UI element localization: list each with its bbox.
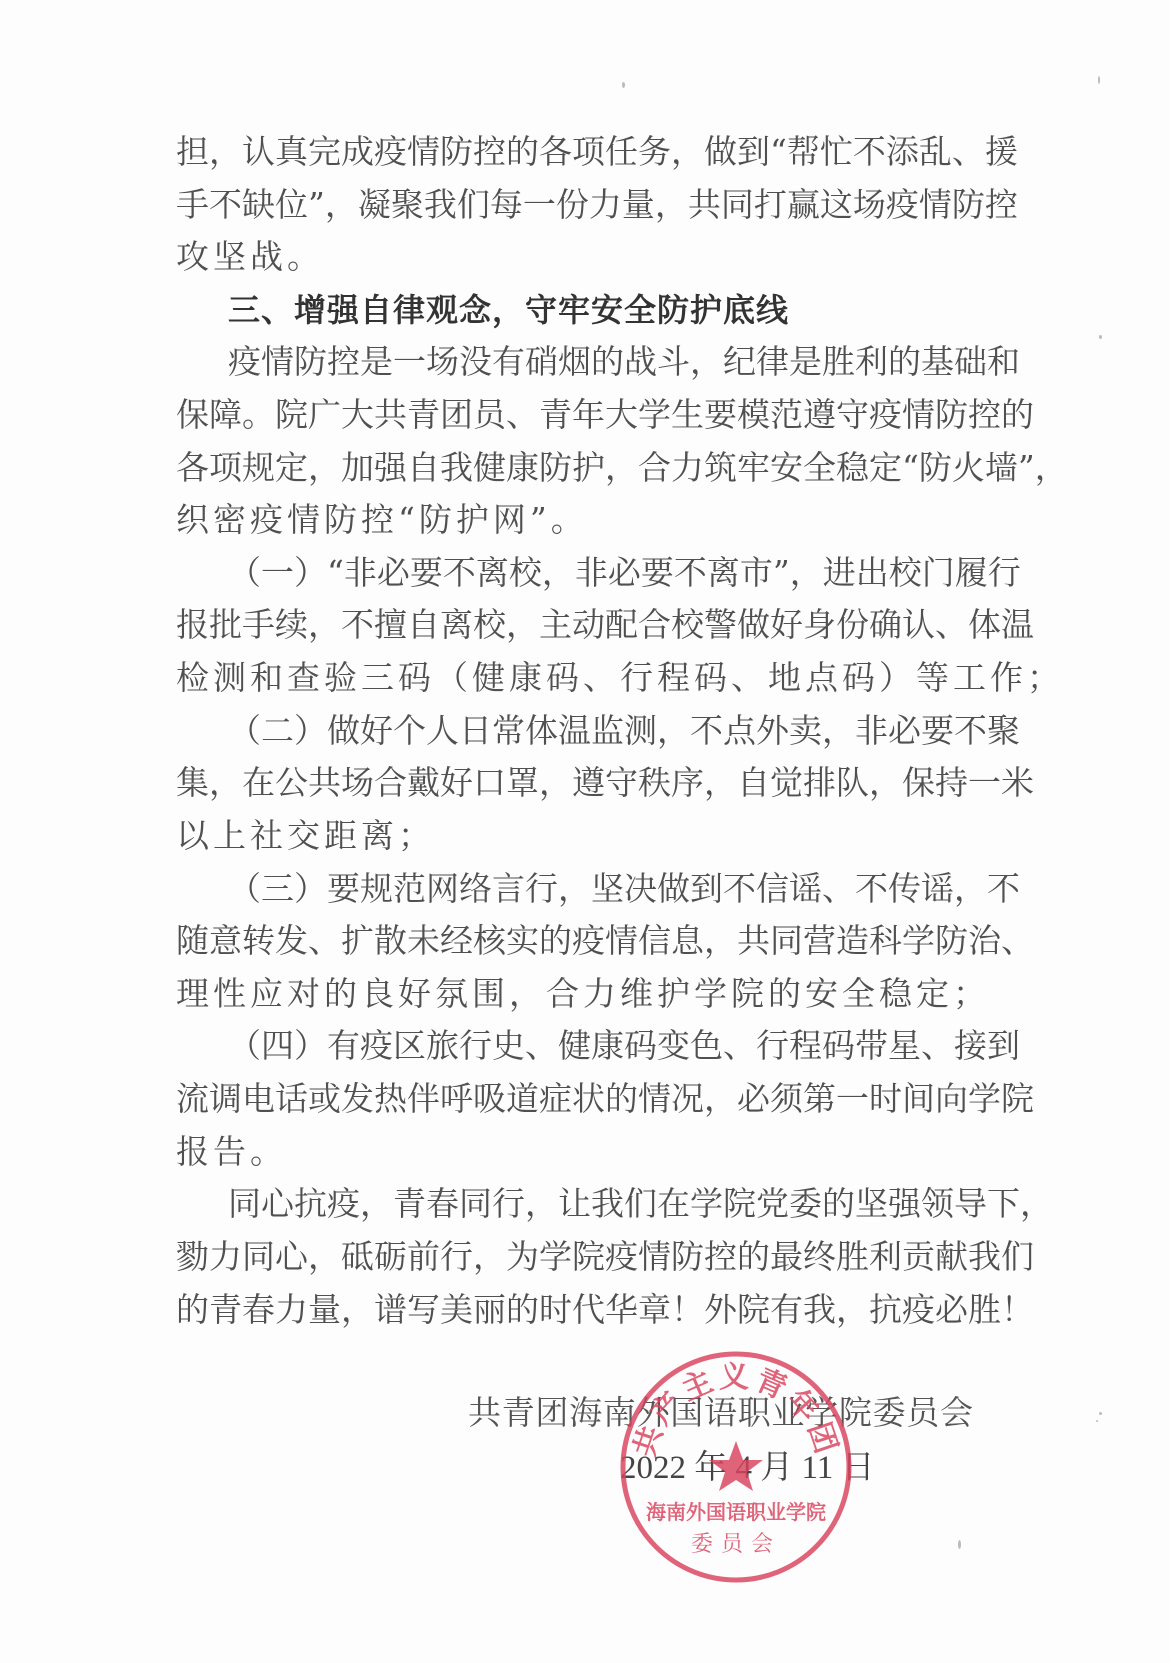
body-line: 各项规定，加强自我健康防护，合力筑牢安全稳定“防火墙”，: [176, 442, 1011, 494]
scan-speck: [1098, 76, 1100, 84]
star-icon: [709, 1441, 763, 1491]
body-line: 流调电话或发热伴呼吸道症状的情况，必须第一时间向学院: [176, 1073, 1011, 1125]
section-heading: 三、增强自律观念，守牢安全防护底线: [228, 284, 1011, 336]
scan-speck: [958, 1540, 961, 1549]
list-item-1: （一）“非必要不离校，非必要不离市”，进出校门履行: [228, 547, 1011, 599]
list-item-3: （三）要规范网络言行，坚决做到不信谣、不传谣，不: [228, 863, 1011, 915]
body-line: 检测和查验三码（健康码、行程码、地点码）等工作；: [176, 652, 1011, 704]
list-item-2: （二）做好个人日常体温监测，不点外卖，非必要不聚: [228, 705, 1011, 757]
body-line: 手不缺位”，凝聚我们每一份力量，共同打赢这场疫情防控: [176, 179, 1011, 231]
body-line: 保障。院广大共青团员、青年大学生要模范遵守疫情防控的: [176, 389, 1011, 441]
scan-speck: [1099, 335, 1102, 339]
official-seal-stamp: 共产主义青年团 海南外国语职业学院 委员会: [618, 1349, 854, 1585]
body-line: 集，在公共场合戴好口罩，遵守秩序，自觉排队，保持一米: [176, 757, 1011, 809]
scan-speck: [1096, 1420, 1098, 1422]
scan-speck: [1099, 1412, 1102, 1415]
body-line: 报批手续，不擅自离校，主动配合校警做好身份确认、体温: [176, 599, 1011, 651]
body-line: 织密疫情防控“防护网”。: [176, 494, 1011, 546]
body-line: 以上社交距离；: [176, 810, 1011, 862]
body-line: 勠力同心，砥砺前行，为学院疫情防控的最终胜利贡献我们: [176, 1231, 1011, 1283]
seal-inner-line1: 海南外国语职业学院: [646, 1500, 826, 1524]
seal-inner-line2: 委员会: [691, 1532, 781, 1557]
body-line: 的青春力量，谱写美丽的时代华章！外院有我，抗疫必胜！: [176, 1284, 1011, 1336]
body-line: 攻坚战。: [176, 231, 1011, 283]
body-line: 理性应对的良好氛围，合力维护学院的安全稳定；: [176, 968, 1011, 1020]
scan-speck: [622, 82, 625, 88]
body-line: 疫情防控是一场没有硝烟的战斗，纪律是胜利的基础和: [228, 336, 1011, 388]
list-item-4: （四）有疫区旅行史、健康码变色、行程码带星、接到: [228, 1020, 1011, 1072]
scanned-document-page: 担，认真完成疫情防控的各项任务，做到“帮忙不添乱、援 手不缺位”，凝聚我们每一份…: [0, 0, 1170, 1663]
body-line: 随意转发、扩散未经核实的疫情信息，共同营造科学防治、: [176, 915, 1011, 967]
closing-paragraph: 同心抗疫，青春同行，让我们在学院党委的坚强领导下，: [228, 1178, 1011, 1230]
body-line: 报告。: [176, 1126, 1011, 1178]
body-line: 担，认真完成疫情防控的各项任务，做到“帮忙不添乱、援: [176, 126, 1011, 178]
